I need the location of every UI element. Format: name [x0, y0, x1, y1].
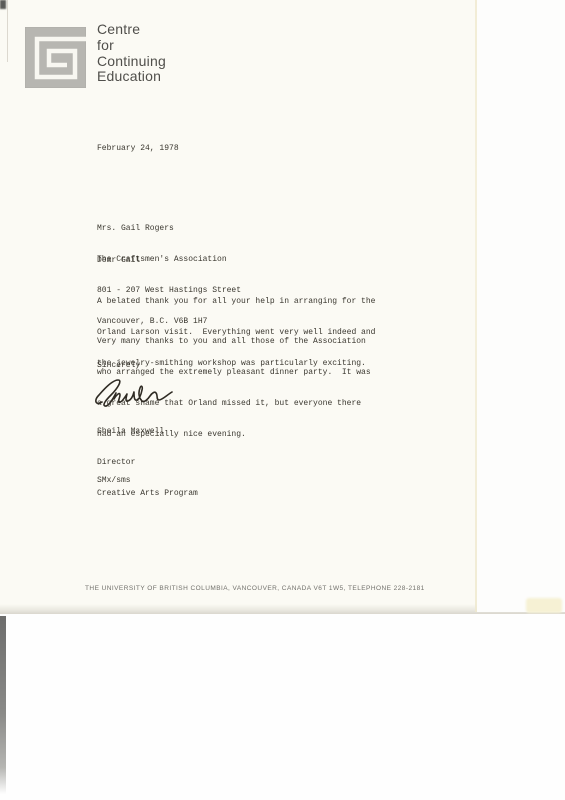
cce-spiral-logo-icon: [25, 27, 86, 88]
backing-sheet-strip: [477, 0, 565, 612]
signer-name: Sheila Maxwell: [97, 427, 198, 437]
org-name-line: for: [97, 38, 166, 54]
second-page: [0, 614, 565, 800]
letter-date: February 24, 1978: [97, 144, 179, 154]
letterhead-org-name: Centre for Continuing Education: [97, 22, 166, 85]
signer-block: Sheila Maxwell Director Creative Arts Pr…: [97, 406, 198, 520]
org-name-line: Centre: [97, 22, 166, 38]
signer-program: Creative Arts Program: [97, 489, 198, 499]
salutation: Dear Gail: [97, 256, 140, 266]
scanned-letter: Centre for Continuing Education February…: [0, 0, 565, 800]
closing: Sincerely: [97, 361, 140, 371]
scan-stain-artifact: [526, 598, 562, 613]
scan-corner-artifact: [0, 0, 6, 9]
body-line: Very many thanks to you and all those of…: [97, 337, 371, 347]
org-name-line: Continuing: [97, 54, 166, 70]
reference-initials: SMx/sms: [97, 476, 131, 486]
scan-edge-line: [7, 0, 8, 62]
recipient-line: Mrs. Gail Rogers: [97, 224, 241, 234]
org-name-line: Education: [97, 69, 166, 85]
page-edge-shadow: [0, 616, 6, 794]
body-line: A belated thank you for all your help in…: [97, 297, 375, 307]
signer-title: Director: [97, 458, 198, 468]
footer-university-address: THE UNIVERSITY OF BRITISH COLUMBIA, VANC…: [85, 585, 425, 592]
